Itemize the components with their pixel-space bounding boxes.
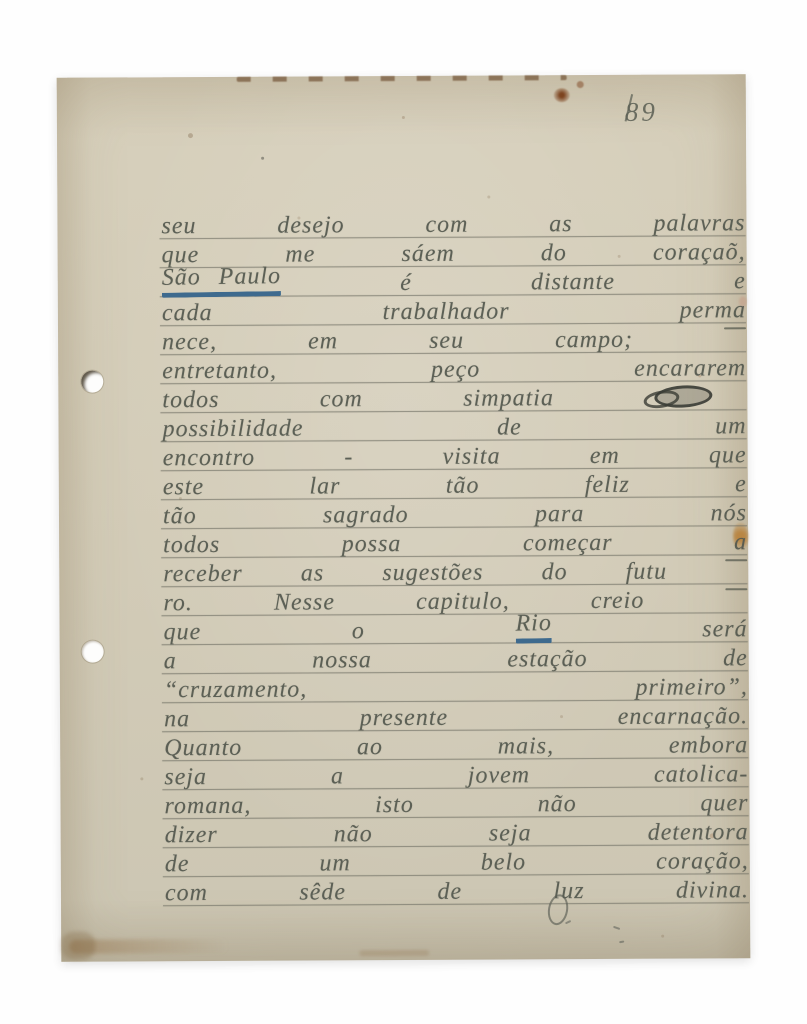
word: com xyxy=(165,880,208,906)
word: nossa xyxy=(312,647,372,673)
word: divina. xyxy=(676,877,749,903)
stain-bottom-corner xyxy=(61,932,95,960)
word: será xyxy=(702,616,747,642)
word: o xyxy=(352,618,365,644)
stain-top-splotch-small xyxy=(577,81,584,88)
manuscript-line: napresenteencarnação. xyxy=(164,701,748,732)
word: Rio xyxy=(515,610,552,637)
word: não xyxy=(334,821,373,847)
word: possa xyxy=(342,531,402,557)
word: as xyxy=(549,211,572,237)
word: encarnação. xyxy=(618,703,748,730)
word: receber xyxy=(163,561,243,587)
word: encararem xyxy=(634,355,746,382)
pencil-doodle-mark xyxy=(619,940,624,943)
word: um xyxy=(319,850,350,876)
word: de xyxy=(437,879,462,905)
word: mais, xyxy=(498,733,554,759)
word: coração, xyxy=(656,848,749,874)
blue-underlined-words: Rio xyxy=(515,610,552,644)
word: estação xyxy=(507,646,587,672)
word: sêde xyxy=(299,879,346,905)
word: simpatia xyxy=(463,385,554,411)
word: na xyxy=(164,706,190,732)
manuscript-line: “cruzamento,primeiro”, xyxy=(164,672,748,703)
word: seu xyxy=(161,213,196,239)
manuscript-line: romana,istonãoquer xyxy=(164,788,748,819)
word: um xyxy=(715,413,746,439)
word: feliz xyxy=(585,472,630,498)
word: nós xyxy=(711,500,747,526)
word: encontro xyxy=(163,445,256,471)
manuscript-line: possibilidadedeum xyxy=(162,411,746,442)
pencil-doodle-mark xyxy=(613,926,620,930)
word: futu xyxy=(626,559,667,585)
word: seja xyxy=(489,820,532,846)
manuscript-line: todoscomsimpatia xyxy=(162,382,746,413)
stain-bottom-edge xyxy=(69,939,229,954)
word: campo; xyxy=(555,327,633,353)
manuscript-line: comsêdedeluzdivina. xyxy=(165,875,749,906)
word: - xyxy=(344,444,353,470)
word: as xyxy=(301,560,324,586)
word: lar xyxy=(309,473,340,499)
word: com xyxy=(425,212,468,238)
word: nece, xyxy=(162,329,217,355)
scanned-page-canvas: 89 seudesejocomaspalavrasquemesáemdocora… xyxy=(0,0,807,1024)
word: desejo xyxy=(277,212,344,238)
word: trabalhador xyxy=(383,298,510,325)
word: peço xyxy=(431,357,480,383)
word: começar xyxy=(523,530,613,556)
word: todos xyxy=(162,387,219,413)
word: seu xyxy=(429,328,464,354)
manuscript-paper: 89 seudesejocomaspalavrasquemesáemdocora… xyxy=(57,74,751,962)
manuscript-line: ro.Nessecapitulo,creio xyxy=(163,585,747,616)
word: todos xyxy=(163,532,220,558)
word: possibilidade xyxy=(162,416,303,443)
word: tão xyxy=(163,503,197,529)
stain-top-splotch xyxy=(554,88,570,102)
word: não xyxy=(538,791,577,817)
page-number: 89 xyxy=(625,97,658,128)
word: me xyxy=(285,241,315,267)
word: é xyxy=(400,270,412,296)
word: Nesse xyxy=(274,589,335,615)
manuscript-line: todospossacomeçara xyxy=(163,527,747,558)
handwriting-lines: seudesejocomaspalavrasquemesáemdocoraçaõ… xyxy=(57,74,746,78)
word: para xyxy=(535,501,584,527)
hole-punch-bottom xyxy=(82,641,104,663)
word: Quanto xyxy=(164,735,242,761)
stain-top-edge xyxy=(237,75,567,82)
pencil-doodle-mark xyxy=(565,920,571,924)
manuscript-line: nece,emseucampo; xyxy=(162,324,746,355)
manuscript-line: estelartãofelize xyxy=(163,469,747,500)
word: catolica- xyxy=(654,761,748,787)
word: romana, xyxy=(164,793,251,819)
word: distante xyxy=(531,269,615,295)
word: de xyxy=(165,851,190,877)
manuscript-line: cadatrabalhadorperma xyxy=(162,295,746,326)
word: isto xyxy=(375,792,414,818)
word: ao xyxy=(357,734,383,760)
word: ro. xyxy=(163,590,193,616)
word: de xyxy=(723,645,748,671)
word: e xyxy=(735,471,747,497)
ruled-lines xyxy=(57,74,746,78)
word: quer xyxy=(700,790,748,816)
word: São xyxy=(162,264,201,291)
word: do xyxy=(541,559,567,585)
stain-bottom-middle xyxy=(359,950,429,956)
word: tão xyxy=(446,473,480,499)
word: cada xyxy=(162,300,213,326)
hole-punch-top xyxy=(81,371,103,393)
word: sáem xyxy=(401,241,454,267)
word: que xyxy=(709,442,747,468)
word: presente xyxy=(360,705,449,731)
word: perma xyxy=(680,297,746,323)
manuscript-line: SãoPauloédistantee xyxy=(162,266,746,297)
word: seja xyxy=(164,764,207,790)
manuscript-line: Quantoaomais,embora xyxy=(164,730,748,761)
word: creio xyxy=(591,588,645,614)
word: entretanto, xyxy=(162,358,277,385)
manuscript-line: seudesejocomaspalavras xyxy=(161,208,745,239)
manuscript-line: dizernãosejadetentora xyxy=(165,817,749,848)
word: em xyxy=(308,328,338,354)
word: embora xyxy=(669,732,748,758)
word: palavras xyxy=(653,210,745,236)
word: “cruzamento, xyxy=(164,677,307,704)
word: com xyxy=(320,386,363,412)
manuscript-line: anossaestaçãode xyxy=(164,643,748,674)
manuscript-line: sejaajovemcatolica- xyxy=(164,759,748,790)
word: belo xyxy=(481,849,526,875)
word: a xyxy=(331,763,344,789)
word: sagrado xyxy=(323,502,409,528)
word: a xyxy=(734,529,747,555)
word: jovem xyxy=(468,762,530,788)
scribbled-out-word xyxy=(654,384,713,409)
word: capitulo, xyxy=(416,588,510,614)
manuscript-line: receberassugestõesdofutu xyxy=(163,556,747,587)
manuscript-line: encontro-visitaemque xyxy=(163,440,747,471)
word: a xyxy=(164,648,177,674)
manuscript-line: queoRioserá xyxy=(164,614,748,645)
word: dizer xyxy=(165,822,218,848)
word: Paulo xyxy=(218,263,281,290)
word: do xyxy=(541,240,567,266)
manuscript-line: tãosagradoparanós xyxy=(163,498,747,529)
word: este xyxy=(163,474,204,500)
manuscript-line: entretanto,peçoencararem xyxy=(162,353,746,384)
manuscript-line: deumbelocoração, xyxy=(165,846,749,877)
blue-underlined-words: SãoPaulo xyxy=(162,263,282,298)
word: detentora xyxy=(648,819,749,846)
word: primeiro”, xyxy=(635,674,748,701)
overbar-dash xyxy=(725,588,747,590)
word: que xyxy=(164,619,202,645)
overbar-dash xyxy=(724,327,746,329)
overbar-dash xyxy=(725,559,747,561)
word: visita xyxy=(443,443,501,469)
paper-freckles xyxy=(57,78,60,81)
word: sugestões xyxy=(382,560,483,587)
word: de xyxy=(497,414,522,440)
word: em xyxy=(590,443,620,469)
word: coraçaõ, xyxy=(653,239,746,265)
word: e xyxy=(734,268,746,294)
